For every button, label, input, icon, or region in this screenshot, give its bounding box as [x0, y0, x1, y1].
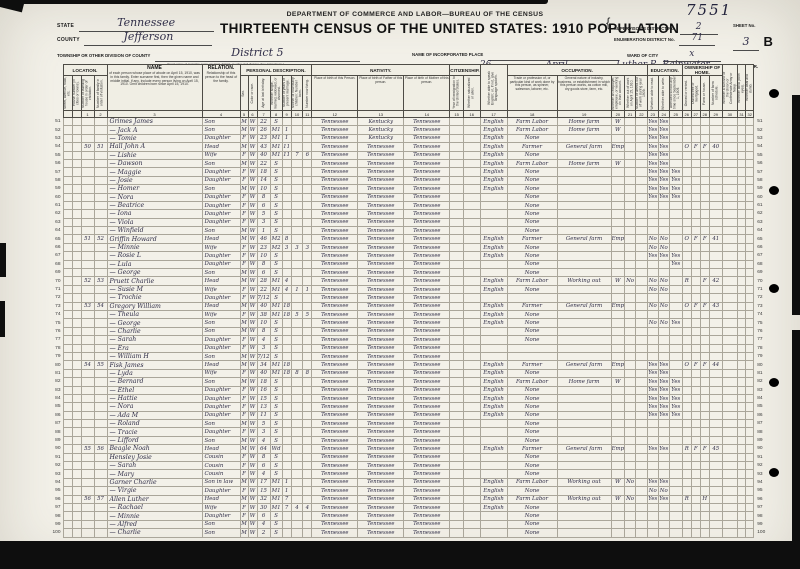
birthplace-cell: Tennessee [404, 403, 450, 411]
entry-cell [682, 218, 691, 226]
entry-cell [303, 478, 312, 486]
line-number: 94 [50, 478, 63, 486]
line-number: 79 [50, 352, 63, 360]
entry-cell [480, 470, 507, 478]
entry-cell [94, 176, 107, 184]
entry-cell [303, 277, 312, 285]
birthplace-cell: Tennessee [404, 227, 450, 235]
census-row: 69— GeorgeSonMW6STennesseeTennesseeTenne… [50, 269, 767, 277]
birthplace-cell: Tennessee [312, 118, 358, 126]
empty-cell [63, 411, 72, 419]
entry-cell [480, 201, 507, 209]
empty-cell [463, 428, 480, 436]
entry-cell: F [691, 361, 700, 369]
entry-cell: Farm Labor [507, 495, 557, 503]
line-number: 94 [754, 478, 768, 486]
entry-cell [669, 520, 682, 528]
empty-cell [463, 369, 480, 377]
entry-cell [700, 462, 709, 470]
entry-cell [282, 168, 291, 176]
empty-cell [72, 327, 81, 335]
entry-cell [625, 428, 636, 436]
empty-cell [636, 143, 648, 151]
entry-cell: Yes [647, 168, 658, 176]
line-number: 86 [50, 411, 63, 419]
empty-cell [72, 185, 81, 193]
entry-cell: M [240, 529, 248, 537]
empty-cell [636, 151, 648, 159]
entry-cell: Home farm [557, 118, 611, 126]
entry-cell [709, 185, 722, 193]
entry-cell: Yes [647, 403, 658, 411]
entry-cell [94, 436, 107, 444]
entry-cell: 7 [282, 495, 291, 503]
empty-cell [746, 403, 754, 411]
entry-cell: F [240, 411, 248, 419]
entry-cell [658, 218, 669, 226]
birthplace-cell: Tennessee [404, 269, 450, 277]
line-number: 74 [754, 310, 768, 318]
entry-cell [691, 201, 700, 209]
empty-cell [450, 302, 464, 310]
entry-cell: English [480, 243, 507, 251]
census-row: 79— William HSonMW7/12STennesseeTennesse… [50, 352, 767, 360]
birthplace-cell: Tennessee [404, 386, 450, 394]
entry-cell [625, 327, 636, 335]
empty-cell [738, 260, 746, 268]
entry-cell [94, 411, 107, 419]
entry-cell [557, 327, 611, 335]
line-number: 97 [50, 503, 63, 511]
birthplace-cell: Tennessee [312, 503, 358, 511]
entry-cell: None [507, 420, 557, 428]
entry-cell [480, 529, 507, 537]
entry-cell: W [248, 193, 257, 201]
entry-cell: Yes [647, 185, 658, 193]
entry-cell: F [240, 134, 248, 142]
birthplace-cell: Tennessee [404, 168, 450, 176]
entry-cell [611, 344, 625, 352]
entry-cell [94, 428, 107, 436]
empty-cell [450, 285, 464, 293]
empty-cell [72, 369, 81, 377]
entry-cell: Farmer [507, 235, 557, 243]
empty-cell [746, 436, 754, 444]
entry-cell: 43 [709, 302, 722, 310]
line-number: 52 [754, 126, 768, 134]
entry-cell [291, 252, 303, 260]
entry-cell: None [507, 243, 557, 251]
name-cell: — Hattie [107, 394, 202, 402]
line-number: 81 [754, 369, 768, 377]
entry-cell [94, 260, 107, 268]
entry-cell: F [240, 243, 248, 251]
birthplace-cell: Tennessee [312, 252, 358, 260]
entry-cell [303, 428, 312, 436]
column-number: 31 [738, 111, 746, 118]
entry-cell [94, 294, 107, 302]
name-cell: Beagle Noah [107, 445, 202, 453]
birthplace-cell: Tennessee [404, 336, 450, 344]
entry-cell [682, 378, 691, 386]
entry-cell [709, 319, 722, 327]
empty-cell [746, 185, 754, 193]
entry-cell: No [658, 487, 669, 495]
entry-cell: S [270, 118, 282, 126]
entry-cell: W [248, 361, 257, 369]
entry-cell [303, 227, 312, 235]
entry-cell: None [507, 411, 557, 419]
birthplace-cell: Tennessee [358, 361, 404, 369]
entry-cell: M [240, 185, 248, 193]
entry-cell [303, 445, 312, 453]
entry-cell [291, 411, 303, 419]
empty-cell [738, 252, 746, 260]
empty-cell [72, 453, 81, 461]
entry-cell [700, 118, 709, 126]
empty-cell [636, 478, 648, 486]
empty-cell [636, 277, 648, 285]
empty-cell [463, 218, 480, 226]
entry-cell [94, 285, 107, 293]
empty-cell [72, 201, 81, 209]
entry-cell: None [507, 369, 557, 377]
entry-cell [557, 227, 611, 235]
entry-cell [611, 420, 625, 428]
empty-cell [746, 235, 754, 243]
relation-cell: Son in law [202, 478, 240, 486]
entry-cell [691, 428, 700, 436]
entry-cell [94, 243, 107, 251]
entry-cell [691, 436, 700, 444]
census-row: 52— Jack ASonMW26M11TennesseeKentuckyTen… [50, 126, 767, 134]
entry-cell: General farm [557, 143, 611, 151]
entry-cell [557, 210, 611, 218]
entry-cell: M1 [270, 310, 282, 318]
entry-cell: No [658, 277, 669, 285]
entry-cell: 11 [282, 151, 291, 159]
entry-cell [611, 252, 625, 260]
line-number: 57 [754, 168, 768, 176]
entry-cell [682, 134, 691, 142]
empty-cell [738, 168, 746, 176]
name-cell: Hall John A [107, 143, 202, 151]
column-subheader: Year of immigration to the United States… [450, 76, 464, 111]
entry-cell [625, 369, 636, 377]
empty-cell [63, 260, 72, 268]
entry-cell [303, 235, 312, 243]
entry-cell [682, 168, 691, 176]
entry-cell [611, 411, 625, 419]
entry-cell [647, 336, 658, 344]
birthplace-cell: Tennessee [358, 143, 404, 151]
entry-cell [625, 403, 636, 411]
entry-cell [291, 420, 303, 428]
entry-cell [81, 453, 94, 461]
entry-cell: English [480, 386, 507, 394]
empty-cell [63, 134, 72, 142]
entry-cell [94, 193, 107, 201]
line-number: 77 [50, 336, 63, 344]
birthplace-cell: Tennessee [312, 210, 358, 218]
entry-cell: Yes [647, 411, 658, 419]
census-row: 66— MinnieWifeFW23M2333TennesseeTennesse… [50, 243, 767, 251]
entry-cell [291, 386, 303, 394]
entry-cell [647, 453, 658, 461]
empty-cell [463, 336, 480, 344]
column-number: 24 [658, 111, 669, 118]
birthplace-cell: Tennessee [312, 294, 358, 302]
empty-cell [746, 134, 754, 142]
empty-cell [636, 310, 648, 318]
entry-cell: 40 [709, 143, 722, 151]
entry-cell: M [240, 143, 248, 151]
empty-cell [63, 227, 72, 235]
punch-hole-dot [769, 468, 779, 477]
entry-cell: Yes [658, 118, 669, 126]
empty-cell [636, 168, 648, 176]
entry-cell: English [480, 394, 507, 402]
empty-cell [450, 252, 464, 260]
entry-cell: None [507, 185, 557, 193]
line-number: 87 [754, 420, 768, 428]
birthplace-cell: Tennessee [404, 352, 450, 360]
entry-cell: English [480, 361, 507, 369]
census-row: 55— LishieWifeFW40M11176TennesseeTenness… [50, 151, 767, 159]
entry-cell: 7 [291, 151, 303, 159]
column-number: 10 [291, 111, 303, 118]
birthplace-cell: Tennessee [312, 378, 358, 386]
entry-cell: Yes [647, 369, 658, 377]
entry-cell [669, 159, 682, 167]
empty-cell [72, 159, 81, 167]
empty-cell [63, 428, 72, 436]
empty-cell [463, 436, 480, 444]
entry-cell [709, 462, 722, 470]
entry-cell [682, 118, 691, 126]
entry-cell: Yes [669, 394, 682, 402]
entry-cell [700, 159, 709, 167]
entry-cell: M [240, 235, 248, 243]
entry-cell [625, 453, 636, 461]
empty-cell [722, 319, 737, 327]
entry-cell [291, 462, 303, 470]
birthplace-cell: Tennessee [404, 210, 450, 218]
entry-cell [303, 168, 312, 176]
enumeration-value: 71 [692, 33, 703, 43]
entry-cell [658, 512, 669, 520]
entry-cell [682, 336, 691, 344]
entry-cell: No [625, 495, 636, 503]
empty-cell [450, 470, 464, 478]
entry-cell: W [248, 462, 257, 470]
empty-cell [636, 235, 648, 243]
relation-cell: Daughter [202, 294, 240, 302]
empty-cell [746, 227, 754, 235]
entry-cell [682, 453, 691, 461]
birthplace-cell: Tennessee [358, 243, 404, 251]
empty-cell [722, 310, 737, 318]
empty-cell [738, 176, 746, 184]
entry-cell: Farm Labor [507, 478, 557, 486]
empty-cell [636, 361, 648, 369]
birthplace-cell: Tennessee [358, 168, 404, 176]
entry-cell [611, 462, 625, 470]
entry-cell [647, 310, 658, 318]
column-subheader: Number now living. [303, 76, 312, 111]
entry-cell: M [240, 352, 248, 360]
entry-cell: W [248, 235, 257, 243]
empty-cell [738, 470, 746, 478]
census-row: 85— NoraDaughterFW13STennesseeTennesseeT… [50, 403, 767, 411]
entry-cell: 40 [257, 302, 270, 310]
entry-cell [94, 453, 107, 461]
column-number: 1 [81, 111, 94, 118]
entry-cell: F [240, 201, 248, 209]
entry-cell: M [240, 478, 248, 486]
entry-cell [625, 227, 636, 235]
empty-cell [722, 143, 737, 151]
birthplace-cell: Tennessee [358, 503, 404, 511]
entry-cell [625, 462, 636, 470]
relation-cell: Son [202, 227, 240, 235]
entry-cell: None [507, 227, 557, 235]
entry-cell [669, 420, 682, 428]
empty-cell [738, 512, 746, 520]
entry-cell: M1 [270, 285, 282, 293]
empty-cell [722, 252, 737, 260]
empty-cell [63, 420, 72, 428]
entry-cell: 8 [291, 369, 303, 377]
entry-cell [94, 319, 107, 327]
entry-cell: W [248, 352, 257, 360]
empty-cell [746, 378, 754, 386]
entry-cell: 40 [257, 369, 270, 377]
empty-cell [63, 495, 72, 503]
relation-cell: Daughter [202, 134, 240, 142]
empty-cell [463, 378, 480, 386]
entry-cell [291, 495, 303, 503]
entry-cell [282, 260, 291, 268]
entry-cell [691, 529, 700, 537]
empty-cell [738, 159, 746, 167]
birthplace-cell: Tennessee [312, 428, 358, 436]
entry-cell [81, 369, 94, 377]
empty-cell [450, 529, 464, 537]
entry-cell [81, 168, 94, 176]
entry-cell: Yes [658, 361, 669, 369]
entry-cell [669, 369, 682, 377]
entry-cell [682, 436, 691, 444]
relation-cell: Cousin [202, 453, 240, 461]
birthplace-cell: Tennessee [358, 218, 404, 226]
entry-cell [700, 134, 709, 142]
entry-cell: 16 [257, 386, 270, 394]
entry-cell: W [248, 185, 257, 193]
empty-cell [463, 319, 480, 327]
column-subheader: Age at last birthday. [257, 76, 270, 111]
entry-cell [480, 420, 507, 428]
entry-cell: W [248, 445, 257, 453]
name-cell: — Roland [107, 420, 202, 428]
entry-cell [557, 529, 611, 537]
entry-cell: S [270, 294, 282, 302]
entry-cell [480, 210, 507, 218]
entry-cell [303, 143, 312, 151]
entry-cell [291, 227, 303, 235]
line-number: 66 [50, 243, 63, 251]
entry-cell: S [270, 420, 282, 428]
empty-cell [636, 411, 648, 419]
empty-cell [722, 176, 737, 184]
line-number: 51 [50, 118, 63, 126]
empty-cell [463, 361, 480, 369]
scan-edge-left-1 [0, 243, 6, 277]
entry-cell [303, 436, 312, 444]
entry-cell: F [691, 302, 700, 310]
empty-cell [450, 386, 464, 394]
entry-cell [611, 453, 625, 461]
entry-cell [658, 520, 669, 528]
empty-cell [72, 420, 81, 428]
relation-cell: Daughter [202, 487, 240, 495]
entry-cell: W [248, 176, 257, 184]
entry-cell [647, 352, 658, 360]
entry-cell: None [507, 218, 557, 226]
empty-cell [746, 453, 754, 461]
birthplace-cell: Tennessee [404, 327, 450, 335]
empty-cell [72, 210, 81, 218]
entry-cell [282, 428, 291, 436]
birthplace-cell: Tennessee [404, 394, 450, 402]
entry-cell [709, 470, 722, 478]
entry-cell [669, 462, 682, 470]
empty-cell [722, 294, 737, 302]
entry-cell [507, 344, 557, 352]
entry-cell: W [248, 344, 257, 352]
entry-cell [682, 260, 691, 268]
entry-cell [625, 520, 636, 528]
entry-cell: F [240, 487, 248, 495]
empty-cell [463, 285, 480, 293]
entry-cell [691, 269, 700, 277]
entry-cell: W [248, 285, 257, 293]
empty-cell [450, 168, 464, 176]
empty-cell [738, 151, 746, 159]
empty-cell [450, 159, 464, 167]
column-number: 5 [240, 111, 248, 118]
line-number: 56 [50, 159, 63, 167]
entry-cell [658, 453, 669, 461]
entry-cell: H [700, 495, 709, 503]
empty-cell [636, 487, 648, 495]
entry-cell [669, 126, 682, 134]
line-number: 63 [754, 218, 768, 226]
empty-cell [63, 277, 72, 285]
entry-cell [94, 126, 107, 134]
relation-cell: Daughter [202, 260, 240, 268]
entry-cell [81, 487, 94, 495]
empty-cell [463, 327, 480, 335]
entry-cell: W [248, 260, 257, 268]
entry-cell [682, 386, 691, 394]
empty-cell [450, 394, 464, 402]
entry-cell: 18 [282, 369, 291, 377]
entry-cell [658, 462, 669, 470]
relation-cell: Daughter [202, 210, 240, 218]
entry-cell: 52 [81, 277, 94, 285]
entry-cell: Yes [658, 159, 669, 167]
